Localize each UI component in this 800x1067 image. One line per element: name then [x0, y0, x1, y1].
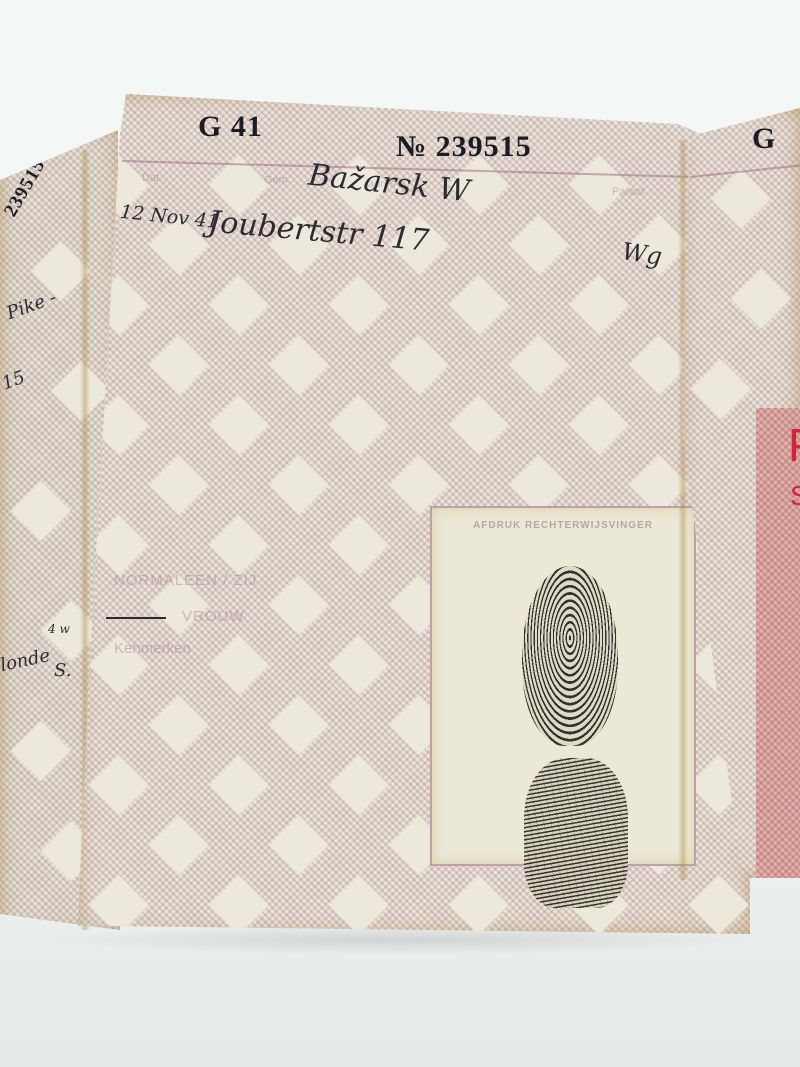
guilloche-diamond — [209, 635, 268, 694]
series-label: G 41 — [198, 110, 263, 144]
handwritten-initials: Wg — [620, 237, 664, 270]
guilloche-diamond — [389, 335, 448, 394]
label-municipality: Gem. — [264, 174, 291, 186]
red-letter-2: S — [790, 482, 800, 510]
guilloche-diamond — [89, 515, 148, 574]
guilloche-diamond — [209, 875, 268, 934]
guilloche-diamond — [449, 875, 508, 934]
guilloche-diamond — [509, 215, 568, 274]
fingerprint-upper — [522, 566, 618, 746]
guilloche-diamond — [209, 395, 268, 454]
guilloche-diamond — [269, 575, 328, 634]
label-spouse: VROUW — [182, 608, 245, 625]
fingerprint-box-label: AFDRUK RECHTERWIJSVINGER — [432, 520, 694, 531]
red-stamp-area: P S — [756, 408, 800, 878]
fingerprint-lower — [524, 758, 628, 908]
guilloche-diamond — [269, 815, 328, 874]
right-panel-series-fragment: G — [752, 122, 776, 156]
guilloche-diamond — [149, 335, 208, 394]
label-date: Dat. — [142, 172, 162, 184]
guilloche-diamond — [509, 335, 568, 394]
fingerprint-box: AFDRUK RECHTERWIJSVINGER — [430, 506, 696, 866]
guilloche-diamond — [449, 395, 508, 454]
guilloche-diamond — [209, 515, 268, 574]
document-number: № 239515 — [396, 130, 532, 164]
guilloche-diamond — [269, 335, 328, 394]
guilloche-diamond — [89, 755, 148, 814]
guilloche-diamond — [569, 155, 628, 214]
label-remarks: Kenmerken — [114, 640, 191, 657]
struck-line — [106, 617, 166, 619]
guilloche-diamond — [689, 875, 748, 934]
guilloche-diamond — [329, 515, 388, 574]
label-initials: Paraaf — [612, 186, 644, 198]
label-marital-status: NORMALEEN / ZIJ — [114, 572, 257, 589]
guilloche-diamond — [449, 275, 508, 334]
guilloche-diamond — [329, 875, 388, 934]
guilloche-diamond — [149, 695, 208, 754]
guilloche-diamond — [149, 455, 208, 514]
main-panel: G 41 № 239515 Dat. Gem. adres Paraaf Baž… — [78, 94, 750, 934]
guilloche-diamond — [209, 275, 268, 334]
guilloche-diamond — [329, 275, 388, 334]
guilloche-diamond — [329, 755, 388, 814]
left-panel-handwriting-5: S. — [54, 660, 71, 681]
guilloche-diamond — [89, 875, 148, 934]
guilloche-diamond — [329, 635, 388, 694]
guilloche-diamond — [269, 455, 328, 514]
left-panel-handwriting-4: 4 w — [48, 622, 70, 636]
guilloche-diamond — [149, 815, 208, 874]
guilloche-diamond — [269, 695, 328, 754]
guilloche-diamond — [569, 275, 628, 334]
guilloche-diamond — [329, 395, 388, 454]
guilloche-diamond — [209, 755, 268, 814]
guilloche-diamond — [569, 395, 628, 454]
red-letter-1: P — [788, 422, 800, 468]
